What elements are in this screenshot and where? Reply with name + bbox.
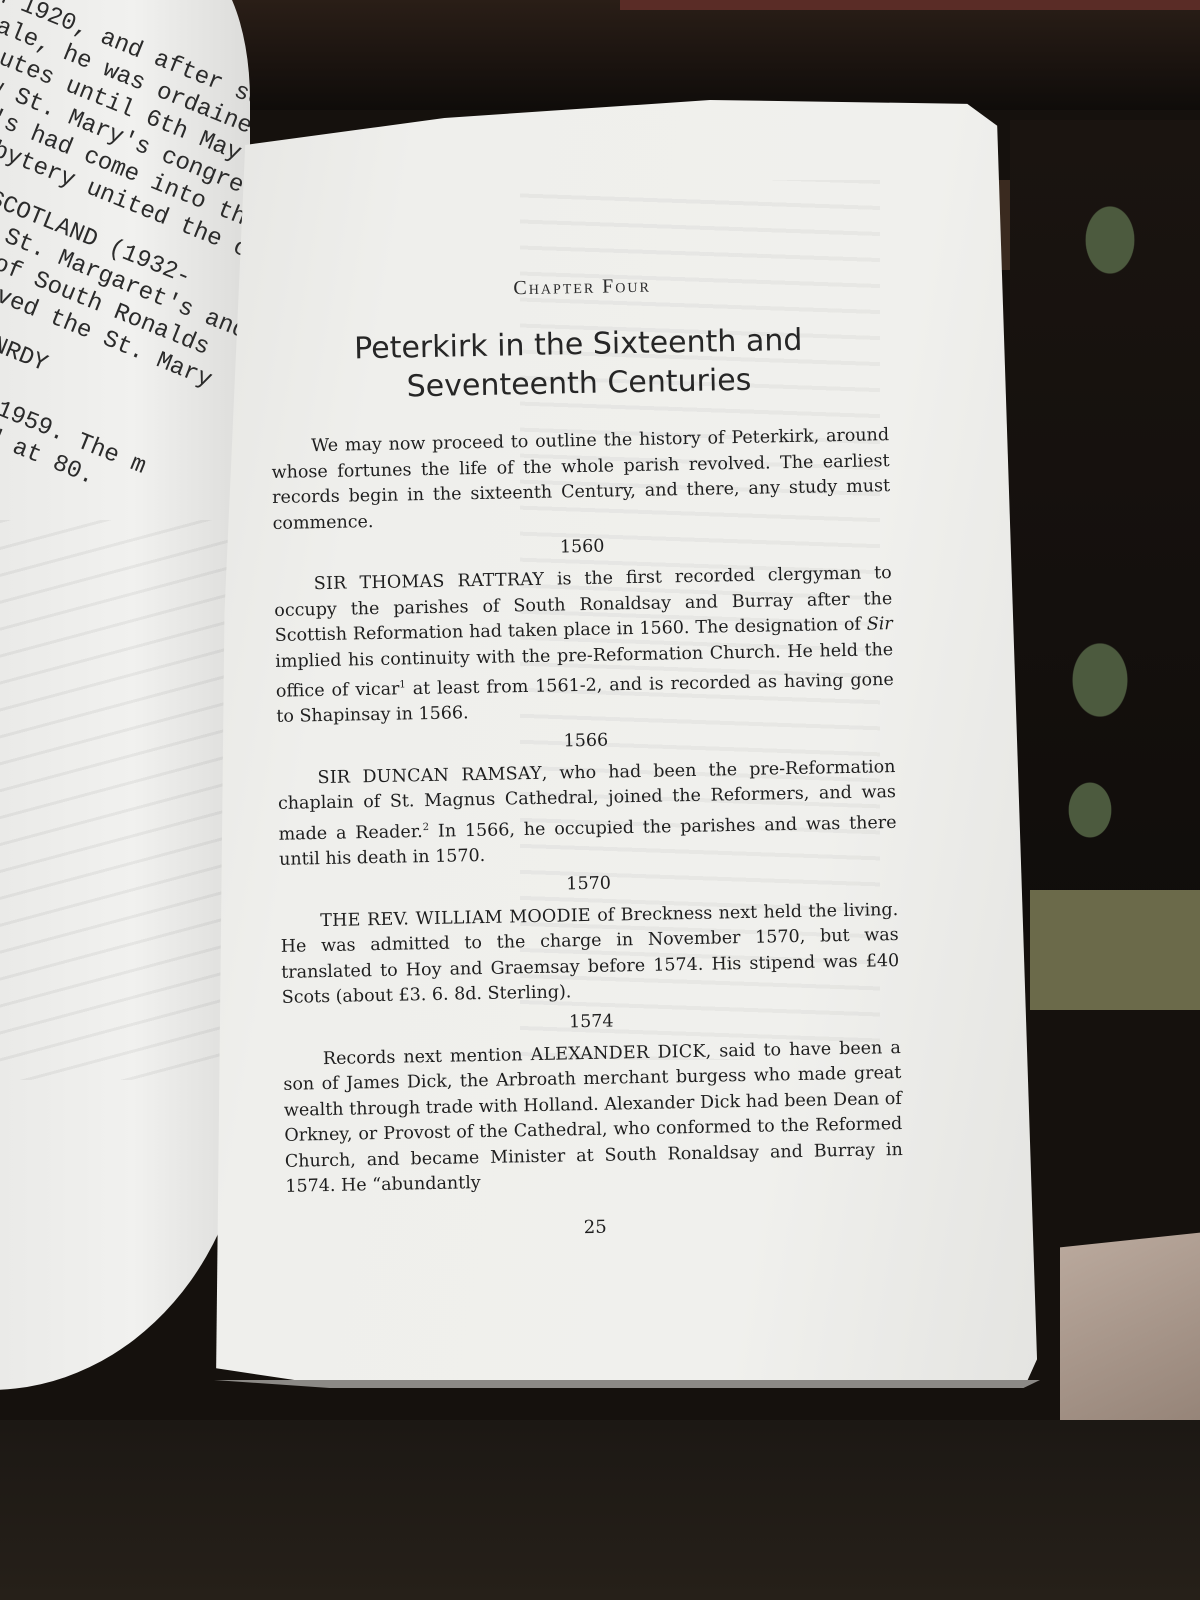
left-page: n 1920, and after serving dale, he was o… — [0, 0, 250, 1390]
background-patterned-fabric — [1010, 120, 1200, 940]
year-heading: 1570 — [279, 868, 897, 900]
left-page-text: n 1920, and after serving dale, he was o… — [0, 0, 250, 532]
year-heading: 1574 — [282, 1006, 900, 1038]
background-box — [1030, 890, 1200, 1010]
section-paragraph: THE REV. WILLIAM MOODIE of Breckness nex… — [280, 898, 900, 1012]
paragraph-text: Records next mention — [323, 1045, 531, 1069]
page-content: Chapter Four Peterkirk in the Sixteenth … — [268, 270, 904, 1243]
section-paragraph: Records next mention ALEXANDER DICK, sai… — [283, 1036, 904, 1201]
section-paragraph: SIR THOMAS RATTRAY is the first recorded… — [274, 561, 895, 731]
chapter-title-line-2: Seventeenth Centuries — [406, 363, 751, 405]
clergy-name: SIR THOMAS RATTRAY — [314, 570, 545, 594]
background-red-strip — [620, 0, 1200, 10]
intro-text: We may now proceed to outline the histor… — [271, 425, 890, 533]
clergy-name: SIR DUNCAN RAMSAY — [317, 764, 542, 788]
page-stack-edge — [214, 1380, 1040, 1388]
chapter-title: Peterkirk in the Sixteenth and Seventeen… — [269, 319, 888, 409]
background-shelf-top — [220, 0, 1200, 110]
intro-paragraph: We may now proceed to outline the histor… — [271, 423, 891, 537]
clergy-name: THE REV. WILLIAM MOODIE — [320, 906, 591, 931]
clergy-name: ALEXANDER DICK — [530, 1041, 705, 1064]
section-paragraph: SIR DUNCAN RAMSAY, who had been the pre-… — [277, 755, 897, 874]
background-books-below — [0, 1420, 1200, 1600]
year-heading: 1566 — [277, 725, 895, 757]
italic-term: Sir — [867, 614, 893, 634]
year-heading: 1560 — [273, 531, 891, 563]
chapter-title-line-1: Peterkirk in the Sixteenth and — [354, 323, 803, 367]
left-page-show-through — [0, 520, 240, 1080]
